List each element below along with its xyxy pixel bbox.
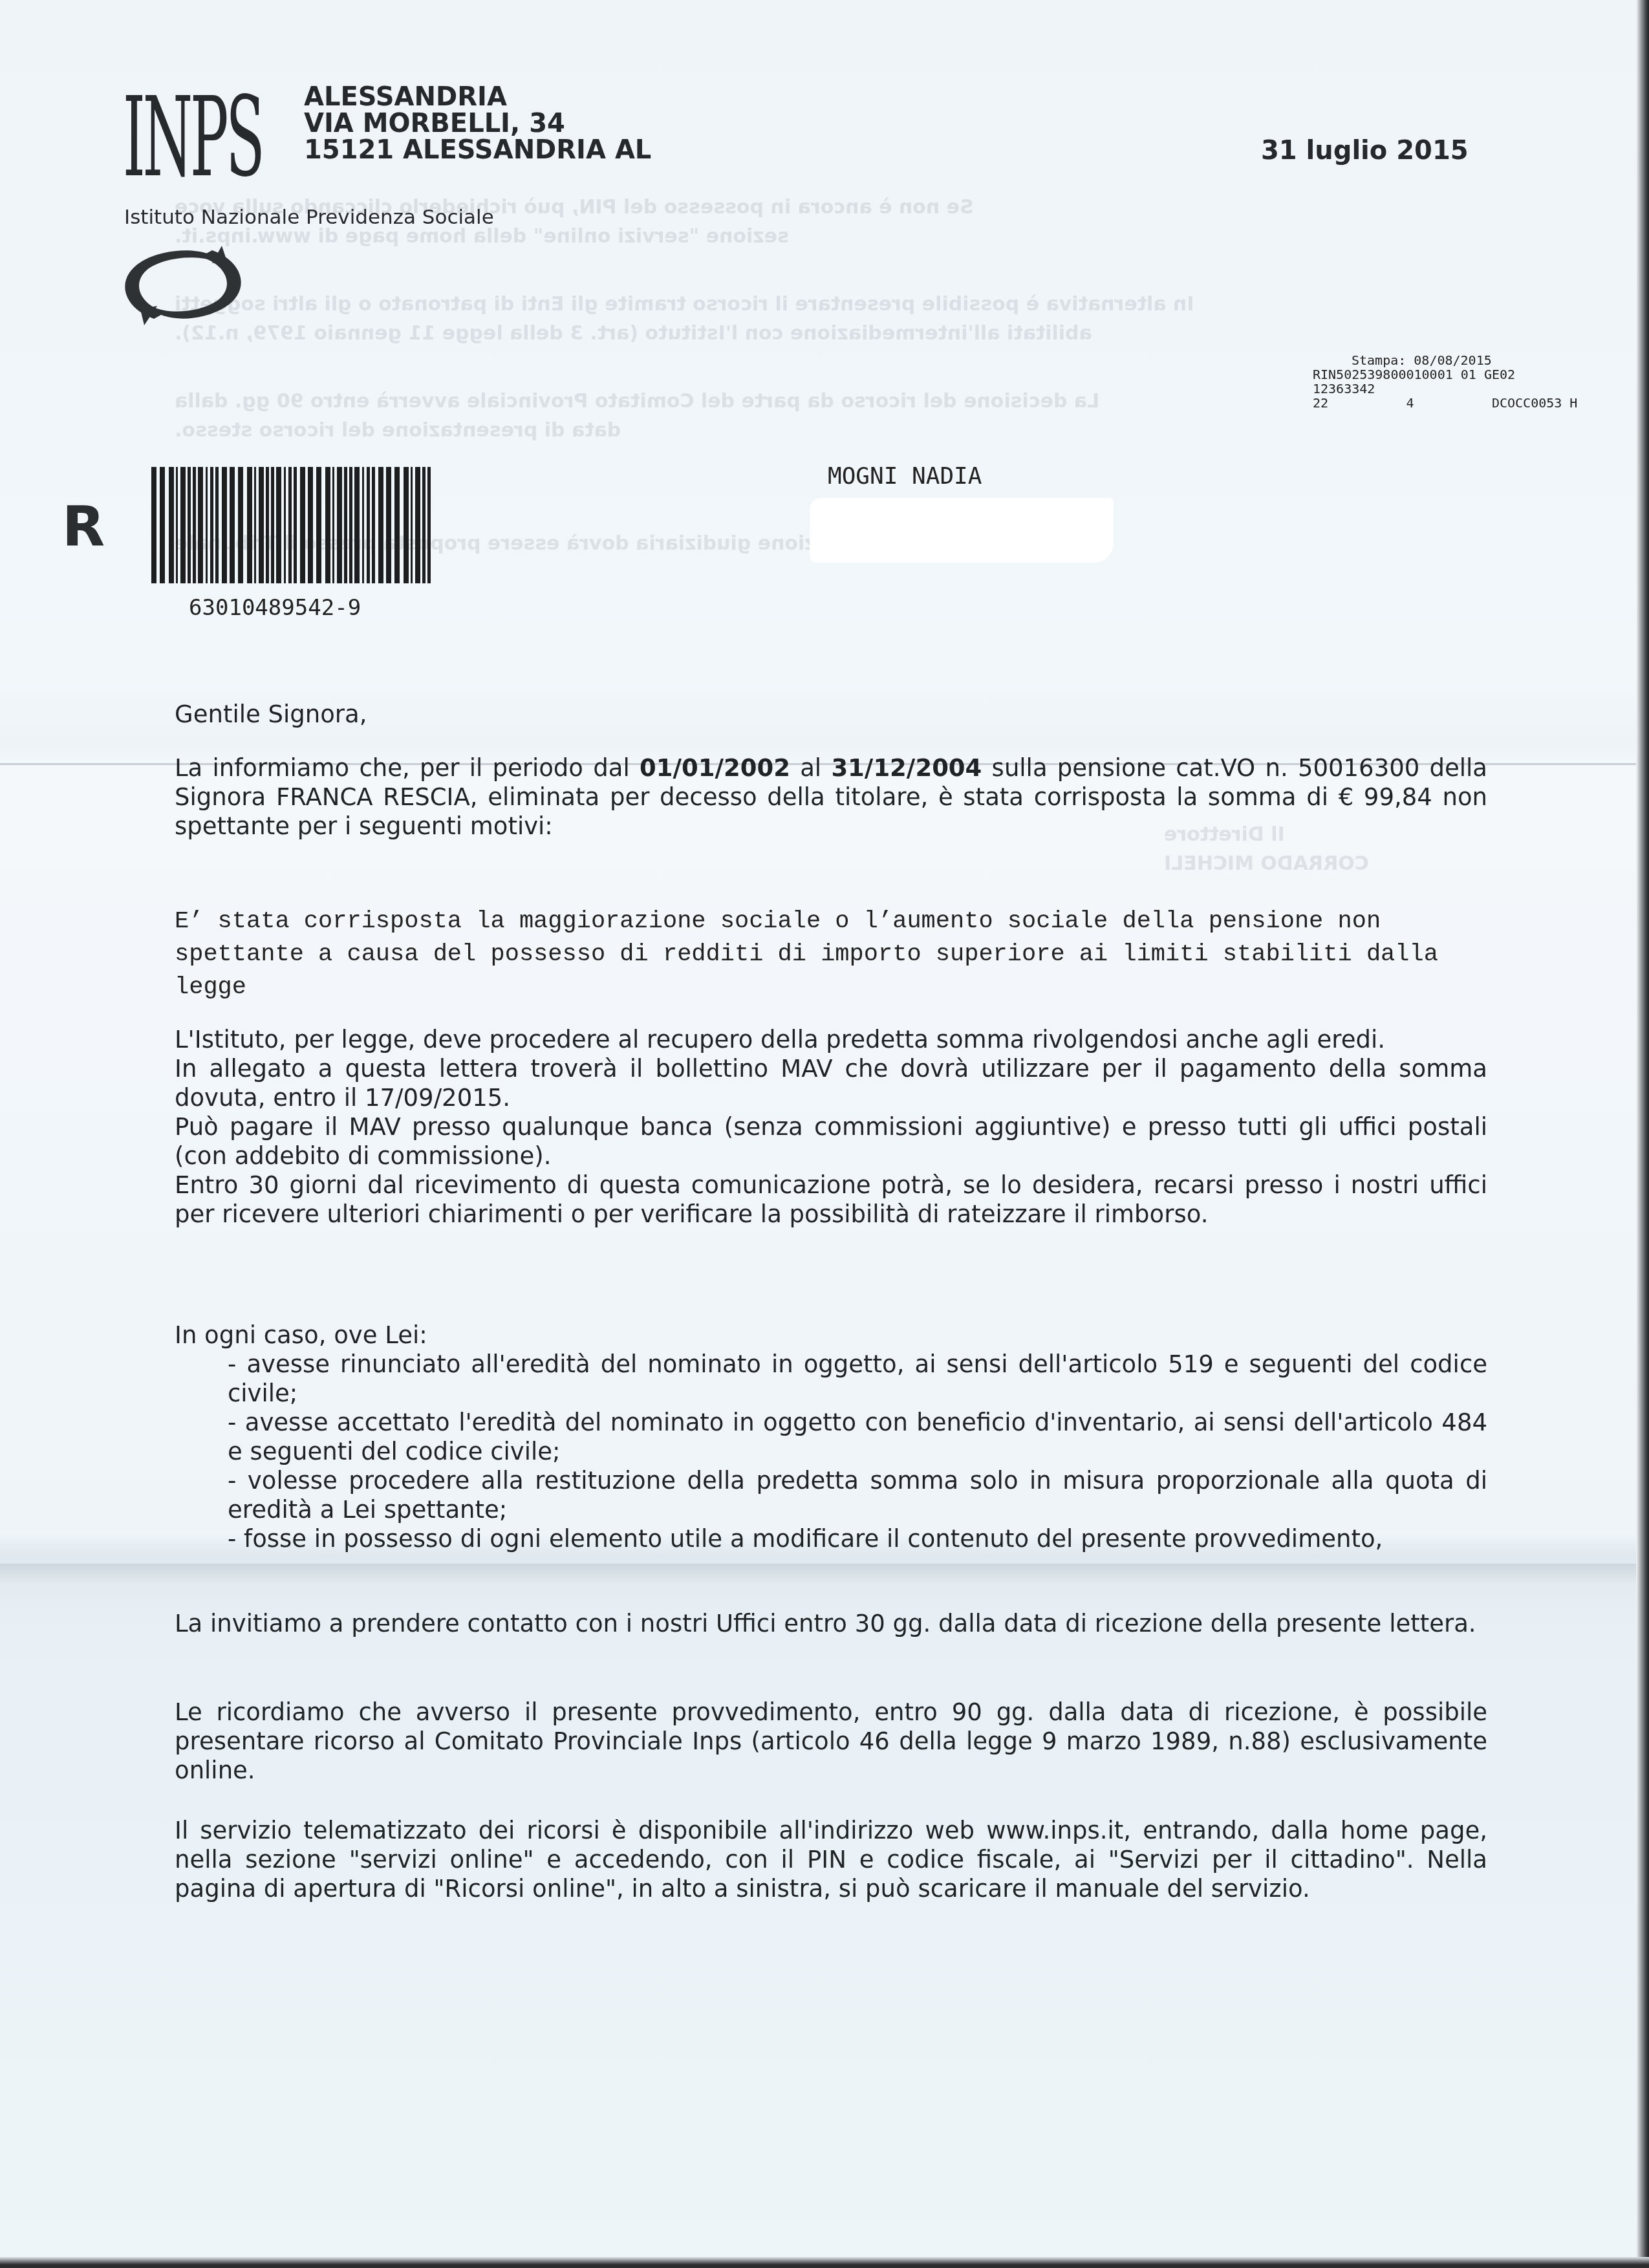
show-through-line: CORRADO MICHELI (1164, 850, 1369, 878)
inps-logo: INPS (123, 83, 263, 193)
letter-page: Se non è ancora in possesso del PIN, può… (0, 0, 1636, 2257)
recovery-line: Entro 30 giorni dal ricevimento di quest… (175, 1171, 1487, 1229)
condition-item: - avesse accettato l'eredità del nominat… (175, 1408, 1487, 1466)
online-service-paragraph: Il servizio telematizzato dei ricorsi è … (175, 1816, 1487, 1903)
reason-text: E’ stata corrisposta la maggiorazione so… (175, 905, 1487, 1004)
stamp-line: 12363342 (1313, 382, 1577, 396)
redacted-recipient-address (810, 498, 1114, 563)
show-through-line: In alternativa è possibile presentare il… (175, 291, 1194, 318)
letter-date: 31 luglio 2015 (1261, 136, 1469, 166)
intro-paragraph: La informiamo che, per il periodo dal 01… (175, 753, 1487, 841)
period-end-date: 31/12/2004 (831, 754, 982, 782)
barcode-number: 63010489542-9 (189, 595, 361, 621)
show-through-line: abilitati all'intermediazione con l'Isti… (175, 320, 1092, 347)
stamp-line: RIN502539800010001 01 GE02 (1313, 367, 1577, 382)
recovery-paragraph: L'Istituto, per legge, deve procedere al… (175, 1025, 1487, 1229)
office-address-line: 15121 ALESSANDRIA AL (304, 137, 651, 164)
condition-item: - volesse procedere alla restituzione de… (175, 1466, 1487, 1524)
salutation: Gentile Signora, (175, 700, 1487, 729)
condition-item: - fosse in possesso di ogni elemento uti… (175, 1524, 1487, 1553)
scan-edge-right (1636, 0, 1649, 2268)
conditions-section: In ogni caso, ove Lei: - avesse rinuncia… (175, 1321, 1487, 1553)
office-address: ALESSANDRIA VIA MORBELLI, 34 15121 ALESS… (304, 84, 651, 164)
fold-shadow (0, 1564, 1636, 1583)
period-start-date: 01/01/2002 (640, 754, 790, 782)
conditions-intro: In ogni caso, ove Lei: (175, 1321, 1487, 1350)
show-through-line: La decisione del ricorso da parte del Co… (175, 388, 1099, 415)
registered-mail-mark: R (62, 495, 105, 559)
recovery-line: Può pagare il MAV presso qualunque banca… (175, 1112, 1487, 1171)
office-address-line: ALESSANDRIA (304, 84, 651, 111)
recipient-name: MOGNI NADIA (828, 463, 982, 490)
recovery-line: In allegato a questa lettera troverà il … (175, 1054, 1487, 1112)
print-stamp: Stampa: 08/08/2015 RIN502539800010001 01… (1313, 353, 1577, 410)
office-address-line: VIA MORBELLI, 34 (304, 111, 651, 137)
intro-text: al (790, 754, 831, 782)
stamp-line: 22 4 DCOCC0053 H (1313, 396, 1577, 410)
appeal-paragraph: Le ricordiamo che avverso il presente pr… (175, 1698, 1487, 1785)
recovery-line: L'Istituto, per legge, deve procedere al… (175, 1025, 1487, 1054)
circular-arrows-icon (115, 243, 251, 327)
contact-paragraph: La invitiamo a prendere contatto con i n… (175, 1609, 1487, 1638)
show-through-line: data di presentazione del ricorso stesso… (175, 417, 621, 444)
scan-edge-bottom (0, 2257, 1649, 2268)
stamp-line: Stampa: 08/08/2015 (1313, 353, 1577, 367)
barcode (151, 467, 431, 583)
intro-text: La informiamo che, per il periodo dal (175, 754, 640, 782)
logo-subtitle: Istituto Nazionale Previdenza Sociale (124, 206, 494, 229)
condition-item: - avesse rinunciato all'eredità del nomi… (175, 1350, 1487, 1408)
